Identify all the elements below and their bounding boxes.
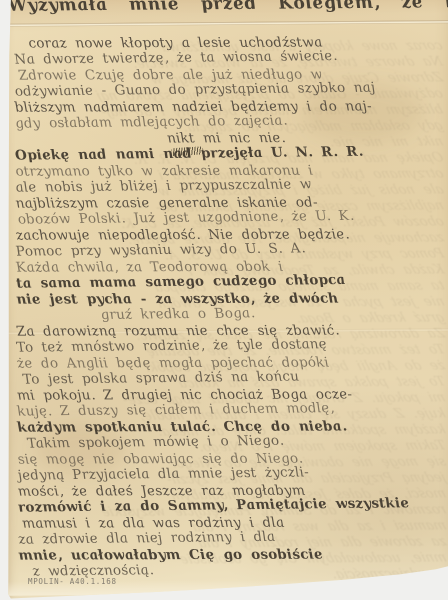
handwriting-line: gruź kredka o Boga.	[98, 303, 448, 323]
handwriting-fold-line: Wyżymała mnie przed Kolegiem, że nie	[3, 0, 448, 21]
scanner-background: Wyżymała mnie przed Kolegiem, że nie cor…	[0, 0, 448, 600]
handwriting-line: Opiekę nad nami nad przejęła U. N. R. R.	[13, 143, 448, 164]
letter-paper: Wyżymała mnie przed Kolegiem, że nie cor…	[2, 0, 448, 600]
archive-reference-label: MPOLIN- A40.1.168	[28, 577, 117, 586]
handwriting-body: coraz nowe kłopoty a lesie uchodźstwaNa …	[14, 32, 448, 579]
